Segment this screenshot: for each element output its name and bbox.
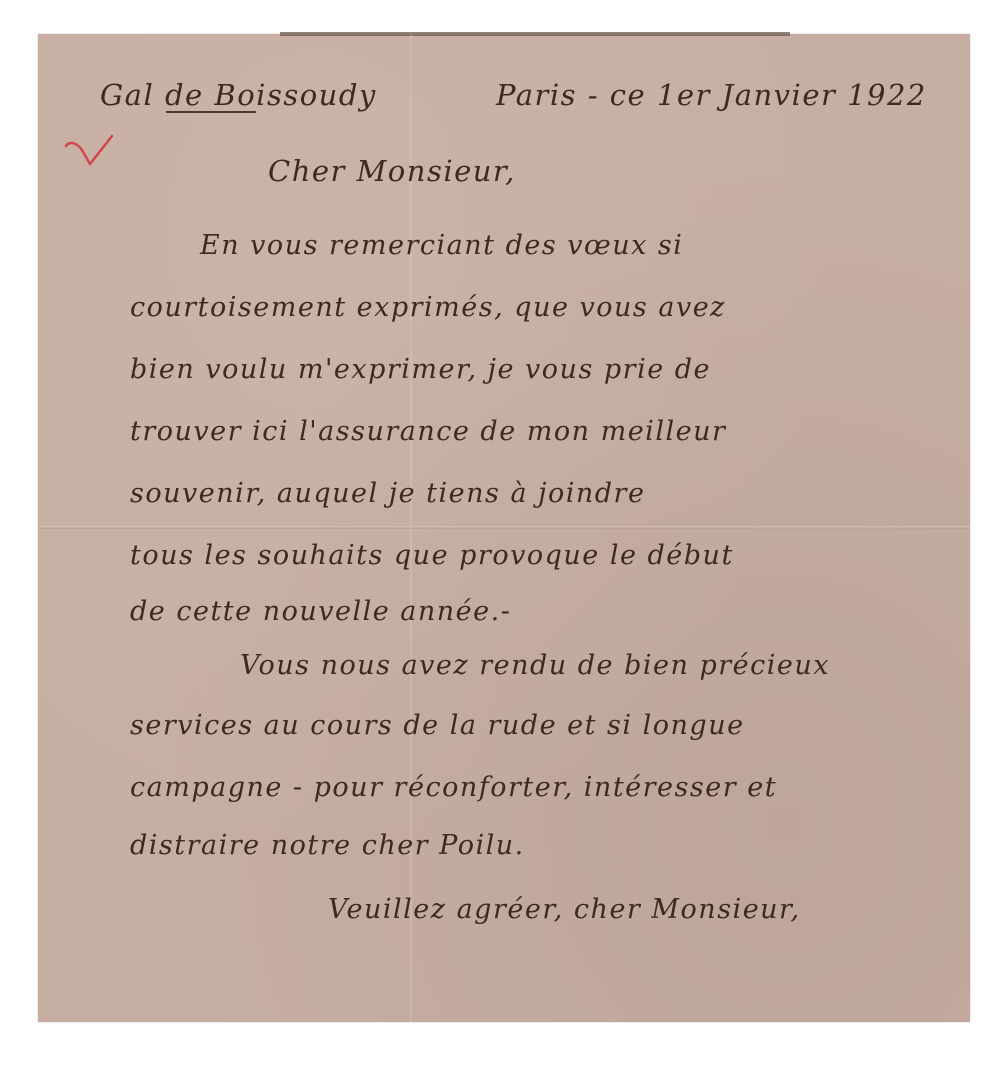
body-line: trouver ici l'assurance de mon meilleur <box>130 416 726 447</box>
body-line: souvenir, auquel je tiens à joindre <box>130 478 645 509</box>
body-line: bien voulu m'exprimer, je vous prie de <box>130 354 711 385</box>
letter-paper: Gal de Boissoudy Paris - ce 1er Janvier … <box>38 34 970 1022</box>
body-line: tous les souhaits que provoque le début <box>130 540 734 571</box>
body-line: distraire notre cher Poilu. <box>130 830 525 861</box>
paper-top-edge-strip <box>280 32 790 36</box>
sender-name: Gal de Boissoudy <box>100 78 377 112</box>
body-line: courtoisement exprimés, que vous avez <box>130 292 726 323</box>
body-line: services au cours de la rude et si longu… <box>130 710 745 741</box>
body-line: Vous nous avez rendu de bien précieux <box>240 650 830 681</box>
body-line: En vous remerciant des vœux si <box>200 230 683 261</box>
red-checkmark-icon <box>64 132 124 172</box>
sender-underline <box>166 111 256 113</box>
place-date: Paris - ce 1er Janvier 1922 <box>496 78 927 112</box>
body-line: de cette nouvelle année.- <box>130 596 511 627</box>
salutation: Cher Monsieur, <box>268 154 516 188</box>
horizontal-fold-line <box>38 526 970 529</box>
closing-line: Veuillez agréer, cher Monsieur, <box>328 894 801 925</box>
body-line: campagne - pour réconforter, intéresser … <box>130 772 777 803</box>
